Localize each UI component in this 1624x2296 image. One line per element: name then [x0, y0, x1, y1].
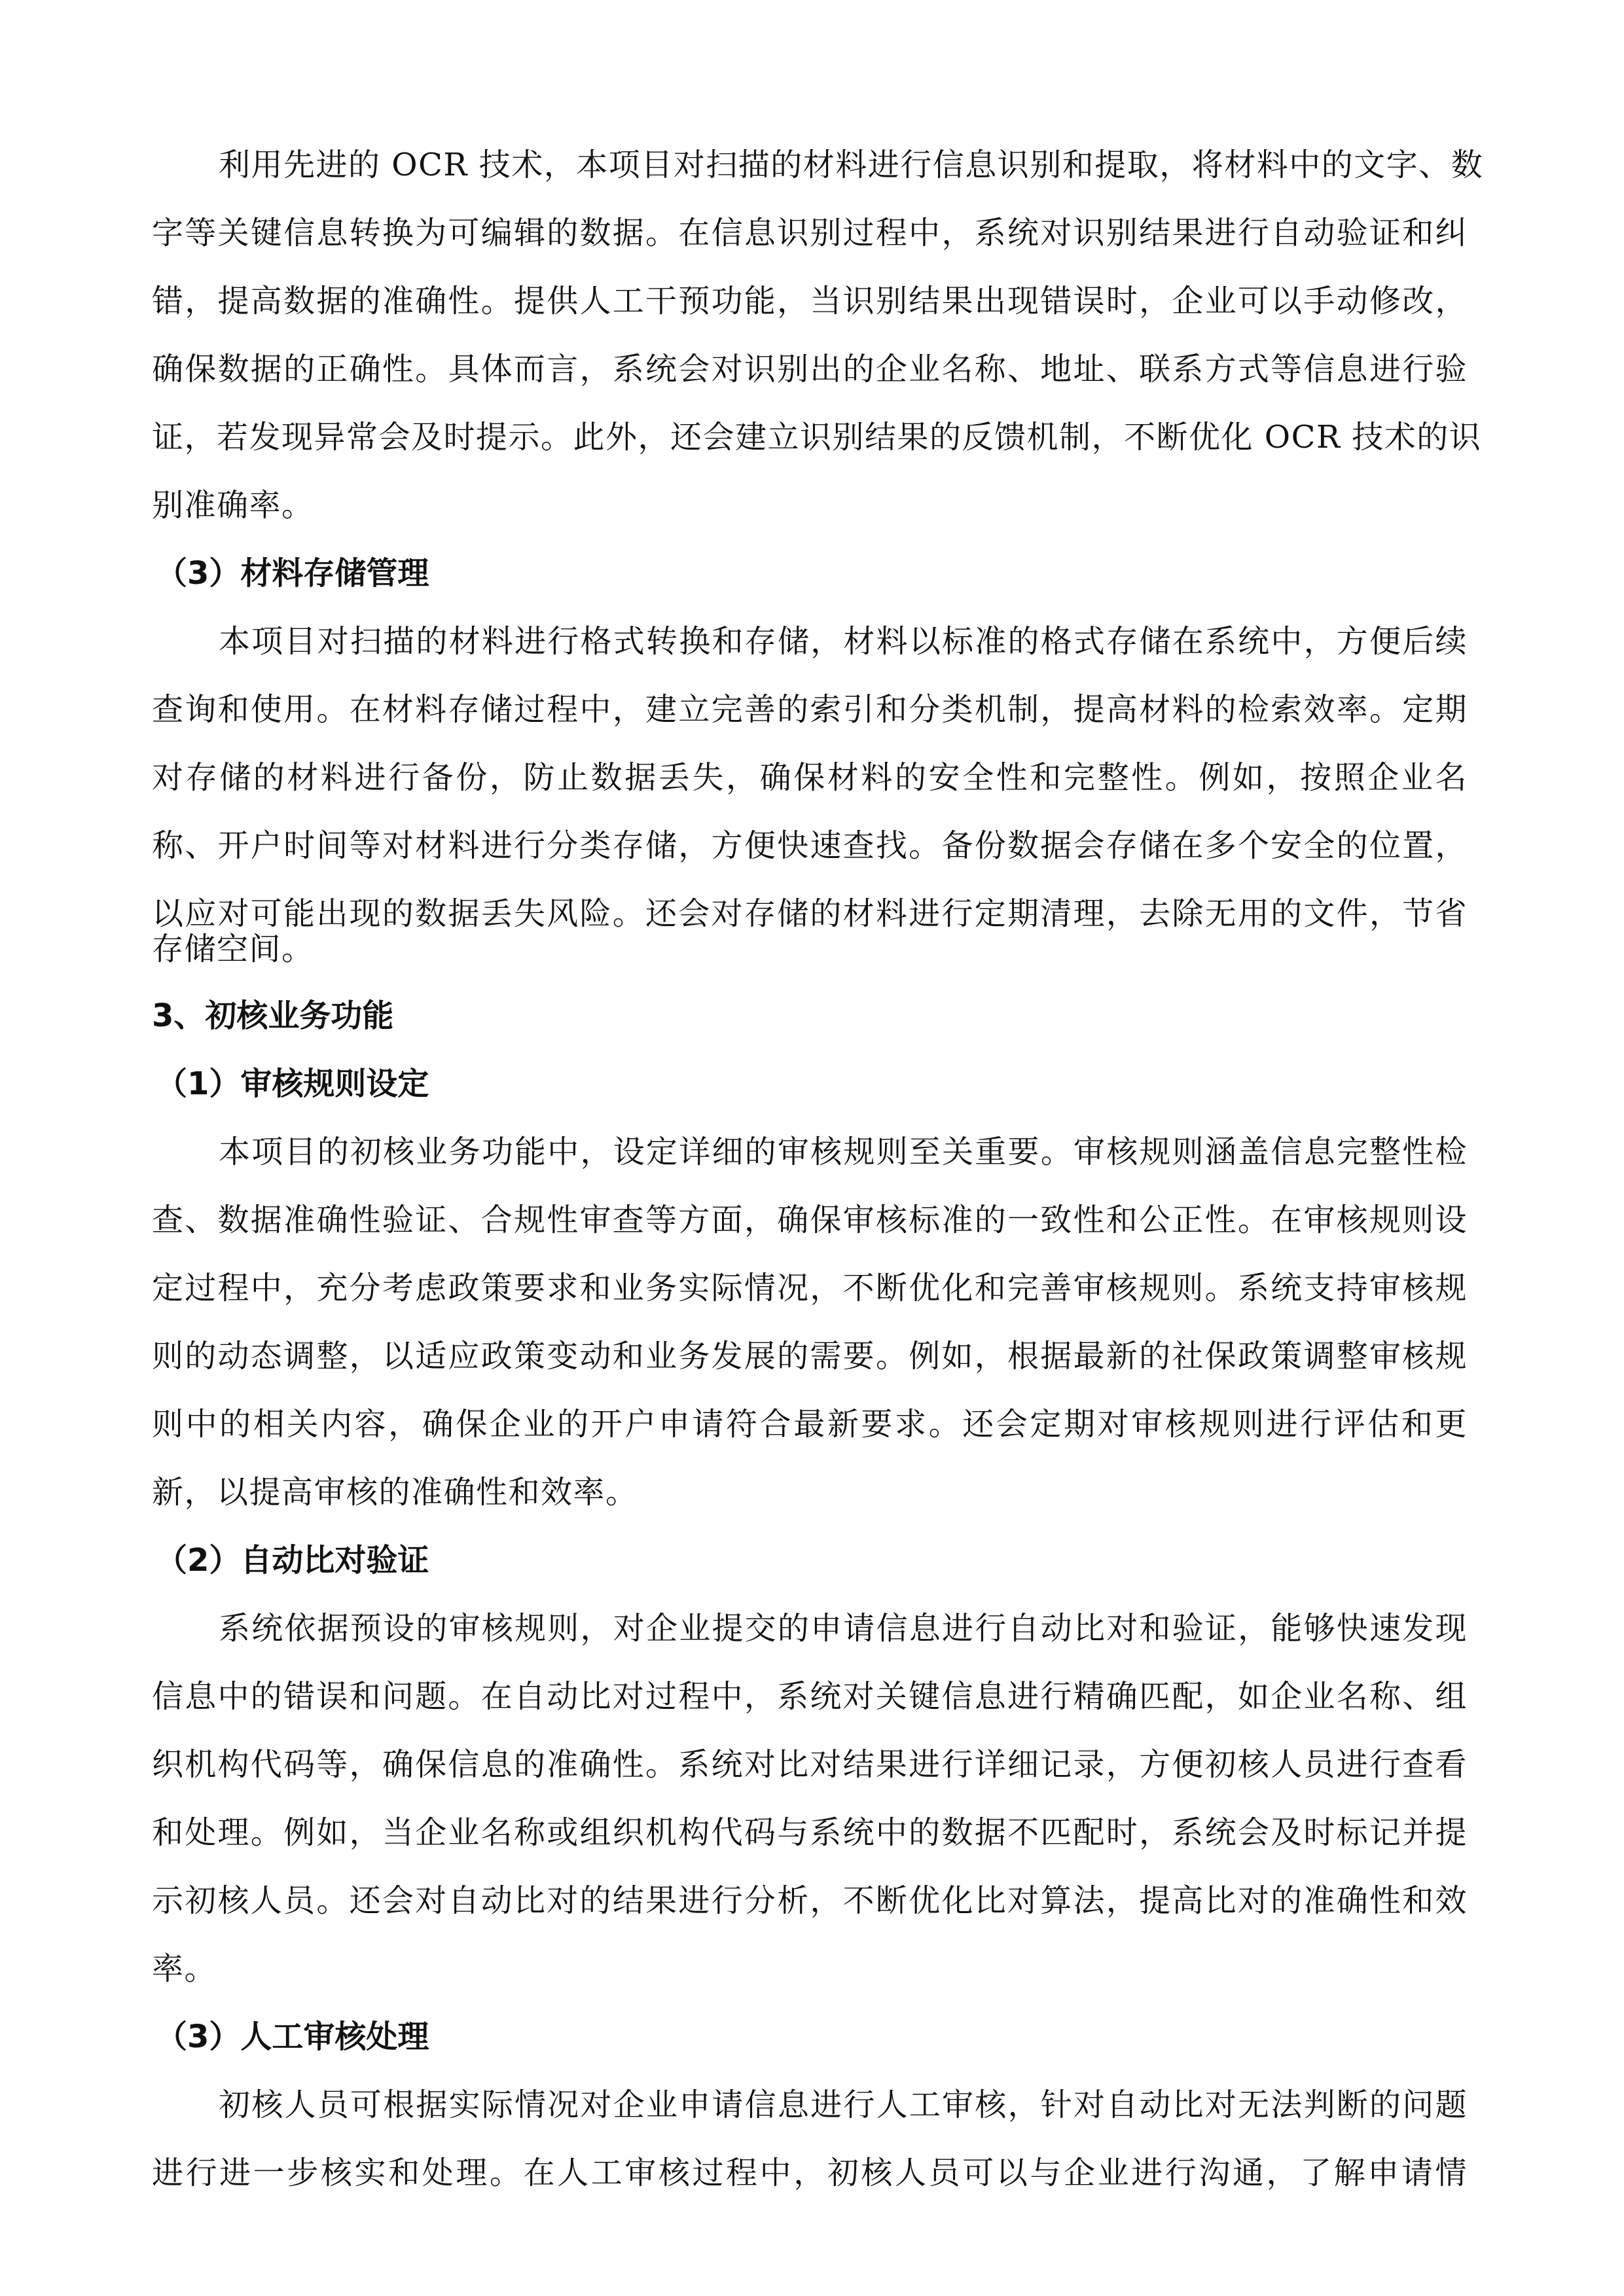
text-line: 查、数据准确性验证、合规性审查等方面，确保审核标准的一致性和公正性。在审核规则设: [152, 1200, 1468, 1240]
heading-manual: （3）人工审核处理: [156, 2017, 429, 2056]
text-line: 对存储的材料进行备份，防止数据丢失，确保材料的安全性和完整性。例如，按照企业名: [152, 758, 1468, 797]
text-line: 证，若发现异常会及时提示。此外，还会建立识别结果的反馈机制，不断优化 OCR 技…: [152, 418, 1468, 457]
heading-compare: （2）自动比对验证: [156, 1541, 429, 1580]
text-line: 进行进一步核实和处理。在人工审核过程中，初核人员可以与企业进行沟通，了解申请情: [152, 2153, 1468, 2193]
text-line: 则中的相关内容，确保企业的开户申请符合最新要求。还会定期对审核规则进行评估和更: [152, 1405, 1468, 1444]
text-line: 初核人员可根据实际情况对企业申请信息进行人工审核，针对自动比对无法判断的问题: [219, 2085, 1468, 2125]
text-line: 织机构代码等，确保信息的准确性。系统对比对结果进行详细记录，方便初核人员进行查看: [152, 1745, 1468, 1784]
text-line: 新，以提高审核的准确性和效率。: [152, 1473, 1468, 1512]
text-line: 以应对可能出现的数据丢失风险。还会对存储的材料进行定期清理，去除无用的文件，节省: [152, 894, 1468, 933]
text-line: 错，提高数据的准确性。提供人工干预功能，当识别结果出现错误时，企业可以手动修改，: [152, 281, 1468, 321]
text-line: 示初核人员。还会对自动比对的结果进行分析，不断优化比对算法，提高比对的准确性和效: [152, 1881, 1468, 1920]
text-line: 系统依据预设的审核规则，对企业提交的申请信息进行自动比对和验证，能够快速发现: [219, 1609, 1468, 1648]
text-line: 利用先进的 OCR 技术，本项目对扫描的材料进行信息识别和提取，将材料中的文字、…: [219, 145, 1468, 185]
text-line: 信息中的错误和问题。在自动比对过程中，系统对关键信息进行精确匹配，如企业名称、组: [152, 1677, 1468, 1716]
text-line: 别准确率。: [152, 486, 1468, 525]
text-line: 字等关键信息转换为可编辑的数据。在信息识别过程中，系统对识别结果进行自动验证和纠: [152, 213, 1468, 253]
text-line: 率。: [152, 1949, 1468, 1988]
text-line: 定过程中，充分考虑政策要求和业务实际情况，不断优化和完善审核规则。系统支持审核规: [152, 1268, 1468, 1308]
heading-storage: （3）材料存储管理: [156, 554, 429, 593]
text-line: 确保数据的正确性。具体而言，系统会对识别出的企业名称、地址、联系方式等信息进行验: [152, 350, 1468, 389]
document-page: 利用先进的 OCR 技术，本项目对扫描的材料进行信息识别和提取，将材料中的文字、…: [0, 0, 1624, 2296]
text-line: 存储空间。: [152, 929, 1468, 969]
heading-rules: （1）审核规则设定: [156, 1064, 429, 1103]
text-line: 称、开户时间等对材料进行分类存储，方便快速查找。备份数据会存储在多个安全的位置，: [152, 826, 1468, 865]
text-line: 和处理。例如，当企业名称或组织机构代码与系统中的数据不匹配时，系统会及时标记并提: [152, 1813, 1468, 1852]
text-line: 则的动态调整，以适应政策变动和业务发展的需要。例如，根据最新的社保政策调整审核规: [152, 1336, 1468, 1376]
section-heading-initial-review: 3、初核业务功能: [152, 996, 393, 1035]
text-line: 本项目的初核业务功能中，设定详细的审核规则至关重要。审核规则涵盖信息完整性检: [219, 1132, 1468, 1172]
text-line: 查询和使用。在材料存储过程中，建立完善的索引和分类机制，提高材料的检索效率。定期: [152, 690, 1468, 729]
text-line: 本项目对扫描的材料进行格式转换和存储，材料以标准的格式存储在系统中，方便后续: [219, 622, 1468, 661]
